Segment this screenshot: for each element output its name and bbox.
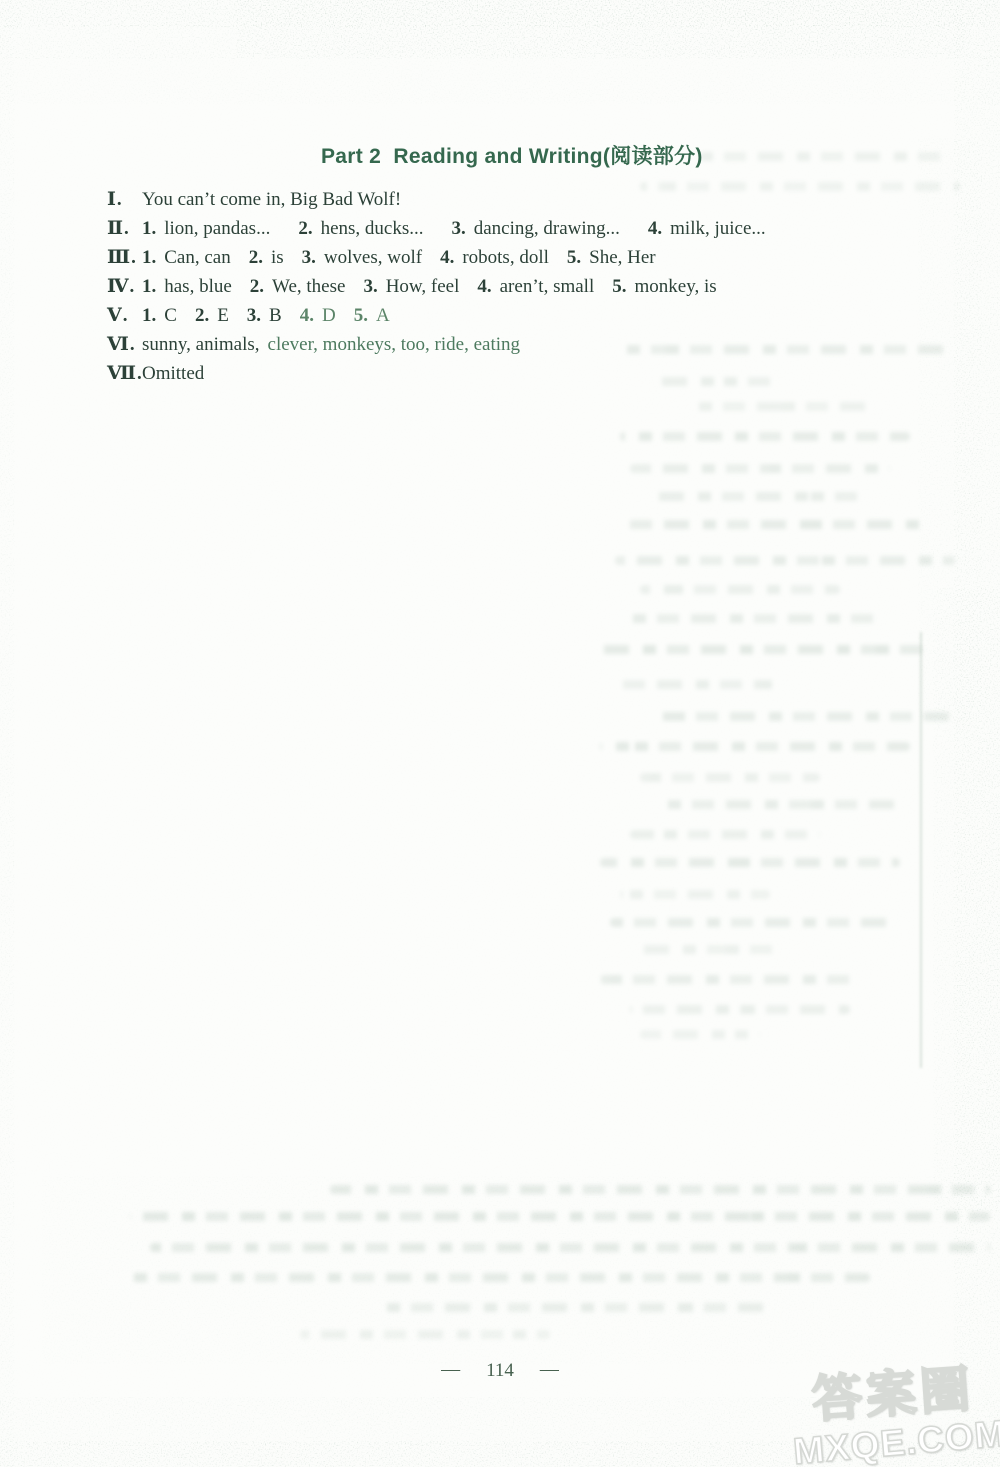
answer-text: has, blue [164,276,232,297]
answer-item-number: 1. [142,247,156,268]
answer-text: A [376,305,390,326]
answer-text: Omitted [142,363,204,384]
bleed-through-line [620,680,780,689]
answer-text: robots, doll [462,247,549,268]
answer-item-number: 4. [300,305,314,326]
answer-text: You can’t come in, Big Bad Wolf! [142,189,401,210]
answer-line: Ⅲ.1.Can, can2.is3.wolves, wolf4.robots, … [107,243,766,272]
answer-line: Ⅱ.1.lion, pandas...2.hens, ducks...3.dan… [107,214,766,243]
bleed-through-line [620,890,770,899]
bleed-through-margin-line [920,632,922,1068]
answer-text: E [217,305,229,326]
bleed-through-line [650,712,950,721]
answer-text: C [164,305,177,326]
answer-text: milk, juice... [670,218,766,239]
answer-item-number: 3. [363,276,377,297]
bleed-through-line [615,556,955,565]
answer-numeral: Ⅶ. [107,359,142,388]
bleed-through-line [630,1005,850,1014]
answer-line: Ⅵ.sunny, animals,clever, monkeys, too, r… [107,330,766,359]
answer-text: aren’t, small [500,276,595,297]
bleed-through-line [610,918,900,927]
answer-text: Can, can [164,247,230,268]
bleed-through-line [120,1273,870,1282]
bleed-through-line [600,742,910,751]
bleed-through-line [600,645,930,654]
bleed-through-line [130,1212,990,1221]
answer-item-number: 2. [195,305,209,326]
page-number-row: — 114 — [0,1360,1000,1382]
answer-item-number: 2. [250,276,264,297]
watermark-site-url: MXQE.COM [792,1415,1000,1467]
answer-line: Ⅴ.1.C2.E3.B4.D5.A [107,301,766,330]
answer-item-number: 5. [567,247,581,268]
answer-item-number: 1. [142,276,156,297]
scanned-answer-page: Part 2 Reading and Writing(阅读部分) Ⅰ.You c… [0,0,1000,1467]
bleed-through-line [300,1330,550,1339]
answer-item-number: 4. [440,247,454,268]
page-number: 114 [486,1360,514,1382]
answer-text: lion, pandas... [164,218,270,239]
answer-text: wolves, wolf [324,247,422,268]
answer-item-number: 4. [648,218,662,239]
answer-item-number: 1. [142,218,156,239]
answer-item-number: 5. [354,305,368,326]
bleed-through-line [660,800,900,809]
bleed-through-line [640,585,840,594]
bleed-through-line [640,1030,760,1039]
answer-text: sunny, animals, [142,334,260,355]
answer-item-number: 1. [142,305,156,326]
answer-line: Ⅰ.You can’t come in, Big Bad Wolf! [107,185,766,214]
answer-text: is [271,247,284,268]
answer-numeral: Ⅲ. [107,243,142,272]
answer-item-number: 2. [298,218,312,239]
answer-text: D [322,305,336,326]
bleed-through-line [700,152,950,161]
bleed-through-line [625,520,925,529]
bleed-through-line [150,1243,990,1252]
answer-item-number: 3. [451,218,465,239]
answer-text: clever, monkeys, too, ride, eating [268,334,521,355]
answer-item-number: 3. [247,305,261,326]
answer-numeral: Ⅳ. [107,272,142,301]
answer-line: Ⅶ.Omitted [107,359,766,388]
answer-item-number: 2. [249,247,263,268]
bleed-through-line [600,975,860,984]
bleed-through-line [600,858,900,867]
answer-line: Ⅳ.1.has, blue2.We, these3.How, feel4.are… [107,272,766,301]
answer-text: dancing, drawing... [474,218,620,239]
bleed-through-line [620,432,910,441]
answer-item-number: 3. [302,247,316,268]
bleed-through-line [640,945,780,954]
bleed-through-line [380,1303,770,1312]
answer-text: hens, ducks... [321,218,424,239]
page-number-right-dash: — [540,1359,559,1381]
bleed-through-line [690,402,870,411]
answers: Ⅰ.You can’t come in, Big Bad Wolf!Ⅱ.1.li… [107,185,766,388]
answer-text: B [269,305,282,326]
bleed-through-line [630,464,890,473]
bleed-through-line [630,830,820,839]
answer-numeral: Ⅱ. [107,214,142,243]
answer-item-number: 5. [612,276,626,297]
bleed-through-line [630,614,880,623]
answer-numeral: Ⅵ. [107,330,142,359]
answer-item-number: 4. [477,276,491,297]
page-number-left-dash: — [441,1359,460,1381]
answer-numeral: Ⅰ. [107,185,142,214]
answer-text: We, these [272,276,345,297]
answer-text: How, feel [386,276,460,297]
page-title: Part 2 Reading and Writing(阅读部分) [321,140,703,170]
bleed-through-line [330,1185,990,1194]
bleed-through-line [650,492,860,501]
bleed-through-line [640,773,820,782]
answer-numeral: Ⅴ. [107,301,142,330]
answer-text: monkey, is [635,276,717,297]
answer-text: She, Her [589,247,655,268]
